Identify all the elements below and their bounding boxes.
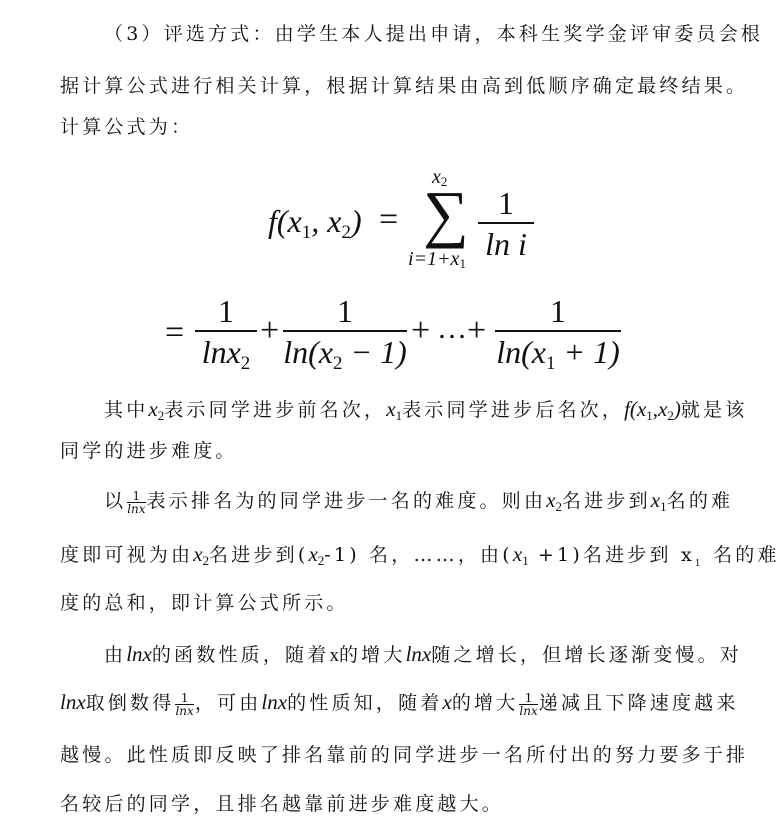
- plus-sign: +: [467, 312, 486, 350]
- paragraph-variable-definitions-line-1: 其中x2表示同学进步前名次，x1表示同学进步后名次，f(x1,x2)就是该: [104, 397, 747, 428]
- var-x1: x1: [651, 488, 667, 512]
- term-3-fraction: 1 ln(x1 + 1): [495, 292, 621, 384]
- paragraph-lnx-property-line-3: 越慢。此性质即反映了排名靠前的同学进步一名所付出的努力要多于排: [60, 743, 748, 767]
- inline-fraction-1-over-lnx: 1lnx: [127, 490, 145, 515]
- subscript: 1: [695, 559, 704, 569]
- var-x: x: [442, 690, 451, 714]
- term-3-denominator: ln(x1 + 1): [495, 332, 621, 384]
- ellipsis: …: [437, 312, 467, 346]
- summation-formula: f(x1, x2) = x2 ∑ i=1+x1 1 ln i: [268, 166, 538, 276]
- paragraph-variable-definitions-line-2: 同学的进步难度。: [60, 439, 238, 463]
- lnx-term: lnx: [261, 690, 287, 714]
- lnx-term: lnx: [60, 690, 86, 714]
- paragraph-evaluation-method-line-2: 据计算公式进行相关计算，根据计算结果由高到低顺序确定最终结果。: [60, 74, 748, 98]
- paragraph-difficulty-line-3: 度的总和，即计算公式所示。: [60, 591, 349, 615]
- plus-sign: +: [411, 312, 430, 350]
- var-x2: x2: [546, 488, 562, 512]
- term-2-fraction: 1 ln(x2 − 1): [283, 292, 407, 384]
- formula-intro-text: 计算公式为：: [60, 115, 193, 139]
- summand-fraction: 1 ln i: [478, 184, 534, 264]
- term-1-fraction: 1 lnx2: [195, 292, 257, 384]
- var-x2: x2: [148, 397, 164, 421]
- var-x1: x1: [513, 542, 529, 566]
- inline-fraction-1-over-lnx: 1lnx: [175, 692, 193, 717]
- paragraph-evaluation-method-line-1: （3）评选方式：由学生本人提出申请，本科生奖学金评审委员会根: [104, 22, 763, 46]
- var-x2: x2: [193, 542, 209, 566]
- paragraph-difficulty-line-2: 度即可视为由x2名进步到(x2-1) 名，……，由(x1 +1)名进步到 x1 …: [60, 542, 780, 576]
- term-2-denominator: ln(x2 − 1): [283, 332, 407, 384]
- paragraph-lnx-property-line-4: 名较后的同学，且排名越靠前进步难度越大。: [60, 792, 504, 816]
- equals-sign: =: [379, 201, 398, 239]
- expanded-formula: = 1 lnx2 + 1 ln(x2 − 1) + … + 1 ln(x1 + …: [165, 292, 625, 372]
- equals-sign: =: [165, 314, 184, 352]
- var-x2: x2: [308, 542, 324, 566]
- inline-fraction-1-over-lnx: 1lnx: [519, 692, 537, 717]
- paragraph-lnx-property-line-2: lnx取倒数得1lnx，可由lnx的性质知，随着x的增大1lnx递减且下降速度越…: [60, 690, 739, 717]
- func-f: f(x1,x2): [624, 397, 681, 421]
- formula-lhs: f(x1, x2): [268, 203, 362, 244]
- paragraph-lnx-property-line-1: 由lnx的函数性质，随着x的增大lnx随之增长，但增长逐渐变慢。对: [104, 642, 742, 668]
- var-x1: x1: [386, 397, 402, 421]
- sum-lower-limit: i=1+x1: [408, 248, 466, 272]
- lnx-term: lnx: [126, 642, 152, 666]
- var-x: x: [329, 645, 339, 666]
- plus-sign: +: [260, 312, 279, 350]
- paragraph-difficulty-line-1: 以1lnx表示排名为的同学进步一名的难度。则由x2名进步到x1名的难: [104, 488, 733, 519]
- sigma-symbol: ∑: [423, 182, 469, 246]
- lnx-term: lnx: [406, 642, 432, 666]
- term-1-denominator: lnx2: [195, 332, 257, 384]
